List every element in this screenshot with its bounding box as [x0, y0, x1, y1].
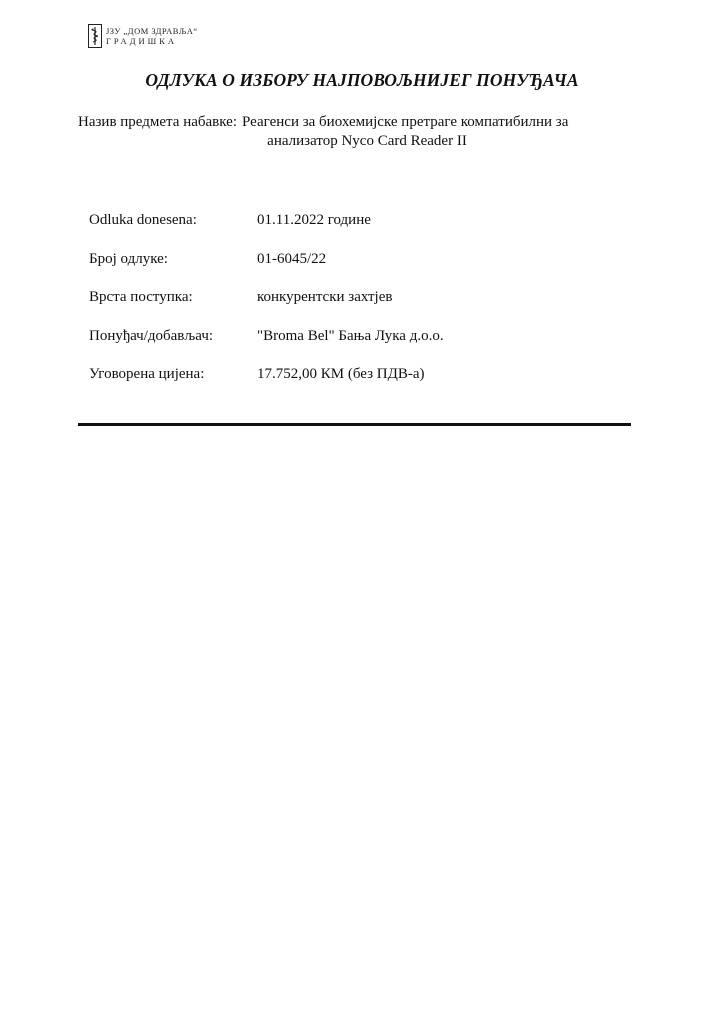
field-label: Број одлуке:: [89, 251, 257, 268]
field-value: 01.11.2022 године: [257, 212, 371, 229]
subject-value-line1: Реагенси за биохемијске претраге компати…: [242, 114, 568, 130]
field-decision-date: Odluka donesena: 01.11.2022 године: [89, 212, 444, 251]
institution-logo: ЈЗУ „ДОМ ЗДРАВЉА“ ГРАДИШКА: [88, 24, 198, 48]
decision-details: Odluka donesena: 01.11.2022 године Број …: [89, 212, 444, 405]
institution-name-line1: ЈЗУ „ДОМ ЗДРАВЉА“: [106, 26, 198, 36]
field-contract-price: Уговорена цијена: 17.752,00 КМ (без ПДВ-…: [89, 366, 444, 405]
field-value: "Broma Bel" Бања Лука д.о.о.: [257, 328, 444, 345]
procurement-subject: Назив предмета набавке: Реагенси за биох…: [78, 113, 602, 151]
field-label: Уговорена цијена:: [89, 366, 257, 383]
field-value: 01-6045/22: [257, 251, 326, 268]
institution-city: ГРАДИШКА: [106, 36, 198, 46]
field-decision-number: Број одлуке: 01-6045/22: [89, 251, 444, 290]
field-procedure-type: Врста поступка: конкурентски захтјев: [89, 289, 444, 328]
horizontal-divider: [78, 423, 631, 426]
field-label: Врста поступка:: [89, 289, 257, 306]
document-title: ОДЛУКА О ИЗБОРУ НАЈПОВОЉНИЈЕГ ПОНУЂАЧА: [0, 70, 724, 91]
field-supplier: Понуђач/добављач: "Broma Bel" Бања Лука …: [89, 328, 444, 367]
institution-name: ЈЗУ „ДОМ ЗДРАВЉА“ ГРАДИШКА: [106, 24, 198, 46]
field-label: Понуђач/добављач:: [89, 328, 257, 345]
subject-value-line2: анализатор Nyco Card Reader II: [132, 132, 602, 151]
caduceus-icon: [88, 24, 102, 48]
field-label: Odluka donesena:: [89, 212, 257, 229]
subject-value: Реагенси за биохемијске претраге компати…: [242, 113, 602, 151]
field-value: конкурентски захтјев: [257, 289, 392, 306]
field-value: 17.752,00 КМ (без ПДВ-а): [257, 366, 425, 383]
